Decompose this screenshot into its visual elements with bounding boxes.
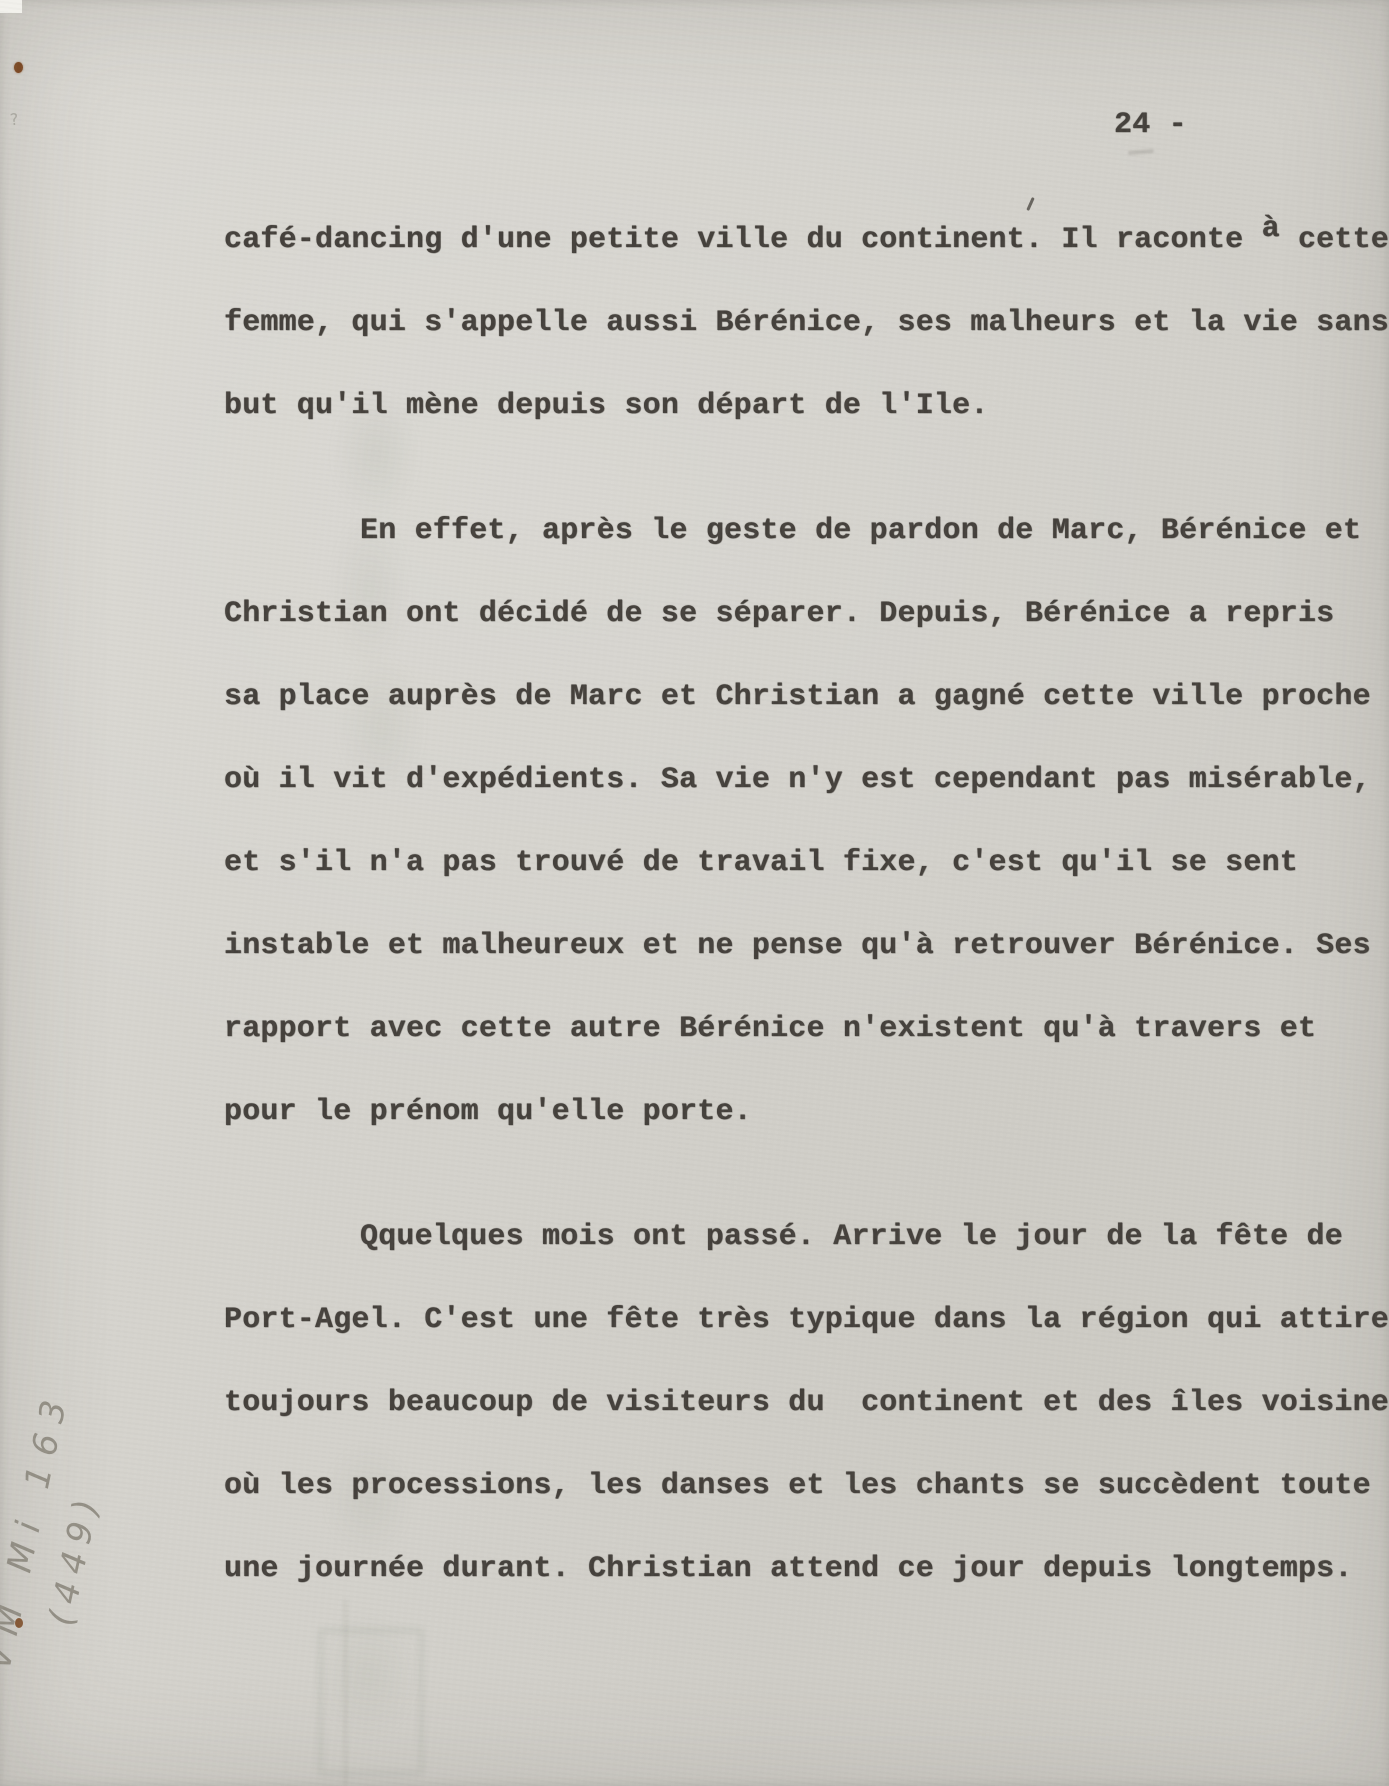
faint-pencil-mark: ? [9, 110, 19, 130]
text-line: femme, qui s'appelle aussi Bérénice, ses… [224, 282, 1389, 365]
document-body: café-dancing d'une petite ville du conti… [224, 199, 1389, 1611]
text-line: Christian ont décidé de se séparer. Depu… [224, 573, 1389, 656]
line-segment: café-dancing d'une petite ville du conti… [224, 223, 1262, 257]
handwritten-margin-note: VM Mi 163 (449) [0, 1351, 141, 1686]
text-line: et s'il n'a pas trouvé de travail fixe, … [224, 822, 1389, 905]
text-line: où les processions, les danses et les ch… [224, 1445, 1389, 1528]
text-line: une journée durant. Christian attend ce … [224, 1528, 1389, 1611]
text-line: sa place auprès de Marc et Christian a g… [224, 656, 1389, 739]
line-segment: cette [1280, 223, 1389, 257]
typewritten-manuscript-page: ? 24 - café-dancing d'une petite ville d… [0, 0, 1389, 1786]
text-line: but qu'il mène depuis son départ de l'Il… [224, 365, 1389, 448]
text-line: pour le prénom qu'elle porte. [224, 1071, 1389, 1154]
paper-crease [344, 1600, 347, 1786]
paragraph-1: café-dancing d'une petite ville du conti… [224, 199, 1389, 448]
paper-speck [14, 62, 23, 73]
page-number: 24 - [1114, 110, 1187, 140]
text-line: Qquelques mois ont passé. Arrive le jour… [224, 1196, 1389, 1279]
text-line: Port-Agel. C'est une fête très typique d… [224, 1279, 1389, 1362]
text-line: En effet, après le geste de pardon de Ma… [224, 490, 1389, 573]
text-line: rapport avec cette autre Bérénice n'exis… [224, 988, 1389, 1071]
showthrough-stamp-ghost [318, 1628, 424, 1776]
text-line: instable et malheureux et ne pense qu'à … [224, 905, 1389, 988]
scanner-notch [0, 0, 22, 13]
paragraph-2: En effet, après le geste de pardon de Ma… [224, 490, 1389, 1154]
paragraph-3: Qquelques mois ont passé. Arrive le jour… [224, 1196, 1389, 1611]
ink-smudge [1128, 149, 1154, 155]
inserted-accent: à [1262, 212, 1280, 246]
text-line: où il vit d'expédients. Sa vie n'y est c… [224, 739, 1389, 822]
text-line: café-dancing d'une petite ville du conti… [224, 199, 1389, 282]
text-line: toujours beaucoup de visiteurs du contin… [224, 1362, 1389, 1445]
